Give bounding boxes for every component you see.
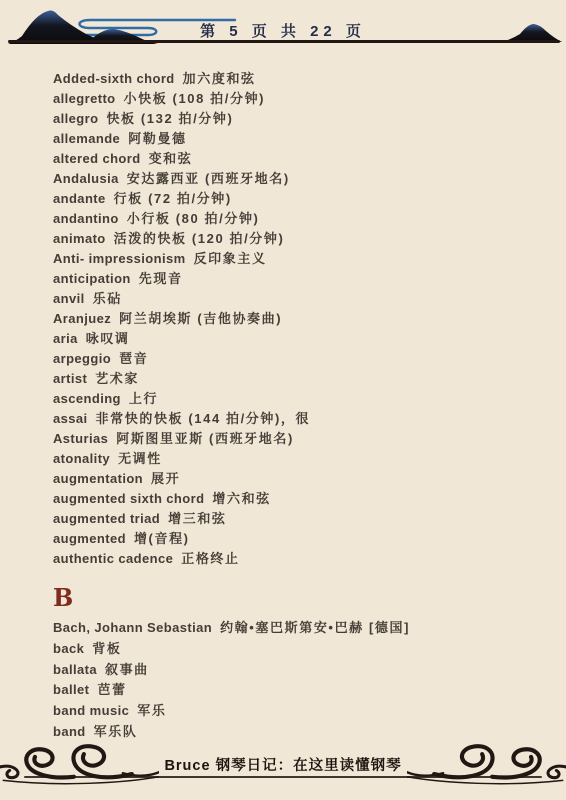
glossary-section: Added-sixth chord加六度和弦allegretto小快板 (108… [53,69,554,569]
glossary-entry: Bach, Johann Sebastian约翰•塞巴斯第安•巴赫 [德国] [53,618,554,639]
entry-term: Bach, Johann Sebastian [53,620,212,635]
entry-definition: 咏叹调 [86,331,130,346]
entry-definition: 叙事曲 [105,662,149,677]
page-number-indicator: 第 5 页 共 22 页 [0,20,566,40]
entry-definition: 乐砧 [93,291,122,306]
entry-definition: 活泼的快板 (120 拍/分钟) [114,231,285,246]
glossary-entry: Anti- impressionism反印象主义 [53,249,554,269]
entry-term: anticipation [53,271,131,286]
glossary-entry: andante行板 (72 拍/分钟) [53,189,554,209]
entry-definition: 加六度和弦 [183,71,256,86]
entry-definition: 增(音程) [134,531,190,546]
glossary-entry: allegro快板 (132 拍/分钟) [53,109,554,129]
glossary-entry: animato活泼的快板 (120 拍/分钟) [53,229,554,249]
entry-definition: 阿斯图里亚斯 (西班牙地名) [116,431,294,446]
entry-definition: 背板 [92,641,121,656]
glossary-entry: arpeggio琶音 [53,349,554,369]
glossary-entry: aria咏叹调 [53,329,554,349]
entry-term: augmentation [53,471,143,486]
entry-definition: 正格终止 [181,551,239,566]
entry-term: allegro [53,111,98,126]
glossary-entry: ascending上行 [53,389,554,409]
glossary-entry: ballata叙事曲 [53,660,554,681]
footer-brand-text: Bruce 钢琴日记：在这里读懂钢琴 [162,754,403,775]
entry-term: andantino [53,211,119,226]
glossary-entry: augmented sixth chord增六和弦 [53,489,554,509]
entry-term: augmented [53,531,126,546]
entry-term: band [53,724,86,739]
glossary-entry: band music军乐 [53,701,554,722]
flourish-right-icon [407,741,566,794]
entry-term: ballet [53,682,89,697]
glossary-entry: augmented增(音程) [53,529,554,549]
entry-definition: 变和弦 [149,151,193,166]
glossary-entry: Asturias阿斯图里亚斯 (西班牙地名) [53,429,554,449]
glossary-entry: Added-sixth chord加六度和弦 [53,69,554,89]
entry-term: augmented sixth chord [53,491,204,506]
glossary-entry: augmentation展开 [53,469,554,489]
glossary: Added-sixth chord加六度和弦allegretto小快板 (108… [53,69,554,743]
glossary-entry: anvil乐砧 [53,289,554,309]
glossary-entry: back背板 [53,639,554,660]
entry-definition: 行板 (72 拍/分钟) [114,191,232,206]
glossary-entry: allemande阿勒曼德 [53,129,554,149]
entry-term: artist [53,371,87,386]
entry-term: augmented triad [53,511,160,526]
entry-term: authentic cadence [53,551,173,566]
entry-definition: 非常快的快板 (144 拍/分钟)，很 [96,411,311,426]
entry-definition: 无调性 [118,451,162,466]
entry-definition: 军乐 [137,703,166,718]
glossary-entry: authentic cadence正格终止 [53,549,554,569]
entry-term: ballata [53,662,97,677]
entry-definition: 艺术家 [95,371,139,386]
entry-term: back [53,641,84,656]
glossary-entry: andantino小行板 (80 拍/分钟) [53,209,554,229]
entry-term: arpeggio [53,351,111,366]
entry-term: allegretto [53,91,116,106]
glossary-entry: Andalusia安达露西亚 (西班牙地名) [53,169,554,189]
glossary-entry: ballet芭蕾 [53,680,554,701]
entry-term: aria [53,331,78,346]
entry-definition: 安达露西亚 (西班牙地名) [127,171,290,186]
entry-definition: 约翰•塞巴斯第安•巴赫 [德国] [220,620,410,635]
entry-term: ascending [53,391,121,406]
glossary-entry: altered chord变和弦 [53,149,554,169]
glossary-entry: allegretto小快板 (108 拍/分钟) [53,89,554,109]
glossary-section: Bach, Johann Sebastian约翰•塞巴斯第安•巴赫 [德国]ba… [53,618,554,743]
entry-term: anvil [53,291,85,306]
entry-term: altered chord [53,151,141,166]
entry-definition: 展开 [151,471,180,486]
glossary-entry: atonality无调性 [53,449,554,469]
header-rule [8,40,560,43]
book-page: 第 5 页 共 22 页 Added-sixth chord加六度和弦alleg… [0,0,566,800]
entry-term: Aranjuez [53,311,111,326]
glossary-entry: assai非常快的快板 (144 拍/分钟)，很 [53,409,554,429]
entry-definition: 上行 [129,391,158,406]
entry-term: band music [53,703,129,718]
entry-definition: 军乐队 [94,724,138,739]
entry-term: allemande [53,131,120,146]
entry-definition: 反印象主义 [194,251,267,266]
entry-term: atonality [53,451,110,466]
glossary-entry: augmented triad增三和弦 [53,509,554,529]
entry-definition: 小行板 (80 拍/分钟) [127,211,260,226]
glossary-entry: Aranjuez阿兰胡埃斯 (吉他协奏曲) [53,309,554,329]
entry-term: andante [53,191,106,206]
entry-definition: 琶音 [119,351,148,366]
entry-term: Andalusia [53,171,119,186]
entry-definition: 阿兰胡埃斯 (吉他协奏曲) [119,311,282,326]
glossary-entry: anticipation先现音 [53,269,554,289]
entry-definition: 增六和弦 [212,491,270,506]
entry-term: Anti- impressionism [53,251,186,266]
section-letter: B [53,585,554,611]
entry-definition: 芭蕾 [97,682,126,697]
entry-definition: 小快板 (108 拍/分钟) [124,91,266,106]
glossary-entry: artist艺术家 [53,369,554,389]
entry-term: Asturias [53,431,108,446]
entry-definition: 快板 (132 拍/分钟) [106,111,233,126]
entry-definition: 增三和弦 [168,511,226,526]
entry-term: assai [53,411,88,426]
entry-definition: 先现音 [139,271,183,286]
page-footer: Bruce 钢琴日记：在这里读懂钢琴 [0,740,566,794]
flourish-left-icon [0,741,159,794]
entry-term: animato [53,231,106,246]
entry-definition: 阿勒曼德 [128,131,186,146]
entry-term: Added-sixth chord [53,71,175,86]
